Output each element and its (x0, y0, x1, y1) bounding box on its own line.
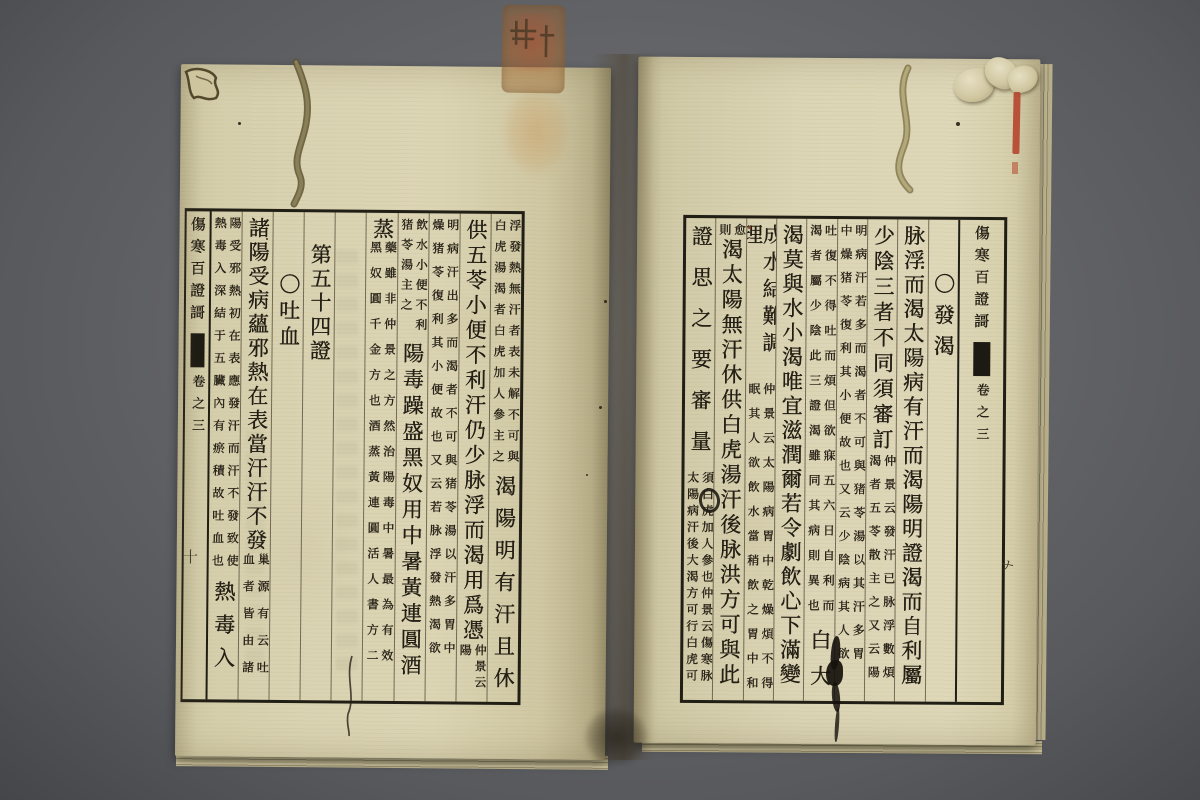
text-column: 諸陽受病蘊邪熱在表當汗汗不發巢源有云吐血者皆由諸 (238, 212, 273, 700)
annotation-left-column: 陽 (457, 644, 471, 692)
annotation-right-column: 巢源有云吐 (254, 553, 269, 688)
main-text: 脉浮而渴太陽病有汗而渴陽明證渴而自利屬 (899, 224, 923, 688)
main-text: 渴莫與水小渴唯宜滋潤爾若令劇飲心下滿變 (778, 224, 802, 688)
black-tab-icon (190, 333, 204, 367)
running-title: 傷寒百證謌 (971, 225, 993, 335)
text-column: 浮發熱無汗者表未解不可與白虎湯渴者白虎加人參主之渴陽明有汗且休 (486, 214, 521, 702)
main-text: 渴陽明有汗且休 (492, 475, 515, 699)
annotation-left-column: 白虎湯渴者白虎加人參主之 (490, 219, 506, 471)
text-column: 飲水小便不利猪苓湯主之陽毒躁盛黑奴用中暑黃連圓酒 (393, 213, 428, 701)
text-column: 第五十四證 (300, 212, 335, 700)
inline-annotation: 藥雖非仲景之方然治陽毒中暑最為有效黑奴圓千金方也酒蒸黃連圓活人書方二 (364, 241, 396, 675)
text-column: 〇吐血 (269, 212, 304, 700)
section-heading: 〇發渴 (932, 225, 954, 366)
right-page-columns: 證思之要審量須白虎加人參也仲景云傷寒脉太陽病汗後大渴方可行白虎可愈則渴太陽無汗休… (683, 218, 958, 702)
photo-open-woodblock-book: 傷寒百證謌 卷之三 陽受邪熱初在表應發汗而汗不發致使熱毒入深結于五臟內有瘀積故吐… (0, 0, 1200, 800)
text-column: 吐復不得吐而煩但欲寐五六日自利而渴者屬少陰此三證渴雖同其病則異也白大 (803, 219, 837, 701)
main-text: 證思之要審量 (689, 223, 712, 471)
left-page-columns: 陽受邪熱初在表應發汗而汗不發致使熱毒入深結于五臟內有瘀積故吐血也熱毒入諸陽受病蘊… (207, 211, 521, 702)
left-page: 傷寒百證謌 卷之三 陽受邪熱初在表應發汗而汗不發致使熱毒入深結于五臟內有瘀積故吐… (175, 64, 611, 760)
inline-annotation: 吐復不得吐而煩但欲寐五六日自利而渴者屬少陰此三證渴雖同其病則異也 (805, 224, 836, 624)
main-text: 成水結難調理 (743, 223, 777, 382)
right-page: 證思之要審量須白虎加人參也仲景云傷寒脉太陽病汗後大渴方可行白虎可愈則渴太陽無汗休… (634, 57, 1041, 746)
annotation-left-column: 則 (717, 223, 731, 235)
text-column: 明病汗若多而渴者不可與猪苓湯以其汗多胃中燥猪苓復利其小便故也又云少陰病其人欲 (834, 219, 868, 701)
section-heading: 〇吐血 (277, 217, 299, 351)
annotation-right-column: 愈 (732, 223, 746, 235)
annotation-left-column: 猪苓湯主之 (398, 218, 413, 338)
annotation-left-column: 血者皆由諸 (239, 553, 254, 688)
annotation-right-column: 仲景云 (472, 644, 486, 692)
inline-annotation: 仲景云太陽病胃中乾燥煩不得眠其人欲飲水當稍飲之胃中和 (744, 382, 775, 701)
section-heading: 第五十四證 (308, 217, 330, 363)
running-title: 傷寒百證謌 (187, 216, 209, 326)
inline-annotation: 愈則 (717, 223, 746, 235)
annotation-right-column: 飲水小便不利 (413, 218, 428, 338)
text-column: 脉浮而渴太陽病有汗而渴陽明證渴而自利屬 (894, 219, 928, 701)
annotation-left-column: 太陽病汗後大渴方可行白虎可 (683, 471, 698, 686)
text-column: 少陰三者不同須審訂仲景云發汗已脉浮數煩渴者五苓散主之又云陽 (864, 219, 898, 701)
main-text: 白大 (808, 629, 830, 701)
inline-annotation: 仲景云陽 (457, 644, 486, 692)
inline-annotation: 明病汗若多而渴者不可與猪苓湯以其汗多胃中燥猪苓復利其小便故也又云少陰病其人欲 (835, 224, 867, 671)
main-text: 陽毒躁盛黑奴用中暑黃連圓酒 (399, 342, 423, 680)
main-text: 熱毒入 (212, 580, 234, 679)
inline-annotation: 浮發熱無汗者表未解不可與白虎湯渴者白虎加人參主之 (490, 219, 521, 471)
text-column: 渴莫與水小渴唯宜滋潤爾若令劇飲心下滿變 (773, 219, 807, 701)
margin-ink-mark-left: 十 (183, 546, 198, 567)
blank-column (331, 212, 366, 700)
inline-annotation: 仲景云發汗已脉浮數煩渴者五苓散主之又云陽 (865, 454, 895, 689)
main-text: 渴太陽無汗休供白虎湯汗後脉洪方可與此 (717, 238, 741, 688)
margin-title-column-right: 傷寒百證謌 卷之三 (955, 220, 1004, 702)
main-text: 少陰三者不同須審訂 (871, 224, 894, 454)
annotation-left-column: 渴者屬少陰此三證渴雖同其病則異也 (805, 224, 822, 624)
main-text: 蒸 (372, 218, 393, 241)
text-column: 愈則渴太陽無汗休供白虎湯汗後脉洪方可與此 (712, 218, 746, 700)
inline-annotation: 須白虎加人參也仲景云傷寒脉太陽病汗後大渴方可行白虎可 (683, 471, 713, 686)
inline-annotation: 飲水小便不利猪苓湯主之 (398, 218, 428, 338)
text-column: 成水結難調理仲景云太陽病胃中乾燥煩不得眠其人欲飲水當稍飲之胃中和 (743, 218, 777, 700)
annotation-right-column: 須白虎加人參也仲景云傷寒脉 (698, 471, 713, 686)
annotation-left-column: 渴者五苓散主之又云陽 (865, 454, 880, 689)
text-column: 〇發渴 (925, 220, 959, 702)
main-text: 供五苓小便不利汗仍少脉浮而渴用爲憑 (461, 219, 486, 644)
volume-label: 卷之三 (187, 374, 207, 440)
text-column: 陽受邪熱初在表應發汗而汗不發致使熱毒入深結于五臟內有瘀積故吐血也熱毒入 (207, 211, 241, 699)
red-stamp-icon (508, 13, 557, 72)
text-column: 明病汗出多而渴者不可與猪苓湯以汗多胃中燥猪苓復利其小便故也又云若脉浮發熱渴欲 (424, 213, 459, 701)
annotation-left-column: 眠其人欲飲水當稍飲之胃中和 (744, 382, 760, 701)
text-column: 證思之要審量須白虎加人參也仲景云傷寒脉太陽病汗後大渴方可行白虎可 (683, 218, 716, 700)
black-tab-icon (973, 342, 990, 376)
inline-annotation: 陽受邪熱初在表應發汗而汗不發致使熱毒入深結于五臟內有瘀積故吐血也 (209, 216, 241, 576)
main-text: 諸陽受病蘊邪熱在表當汗汗不發 (244, 217, 268, 553)
inline-annotation: 巢源有云吐血者皆由諸 (239, 553, 269, 688)
text-column: 蒸藥雖非仲景之方然治陽毒中暑最為有效黑奴圓千金方也酒蒸黃連圓活人書方二 (362, 213, 397, 701)
left-text-frame: 傷寒百證謌 卷之三 陽受邪熱初在表應發汗而汗不發致使熱毒入深結于五臟內有瘀積故吐… (180, 208, 524, 705)
annotation-right-column: 仲景云發汗已脉浮數煩 (880, 454, 895, 689)
right-text-frame: 證思之要審量須白虎加人參也仲景云傷寒脉太陽病汗後大渴方可行白虎可愈則渴太陽無汗休… (680, 215, 1007, 705)
annotation-right-column: 浮發熱無汗者表未解不可與 (505, 219, 521, 471)
inline-annotation: 明病汗出多而渴者不可與猪苓湯以汗多胃中燥猪苓復利其小便故也又云若脉浮發熱渴欲 (426, 218, 458, 665)
text-column: 供五苓小便不利汗仍少脉浮而渴用爲憑仲景云陽 (455, 214, 490, 702)
volume-label: 卷之三 (971, 383, 990, 449)
